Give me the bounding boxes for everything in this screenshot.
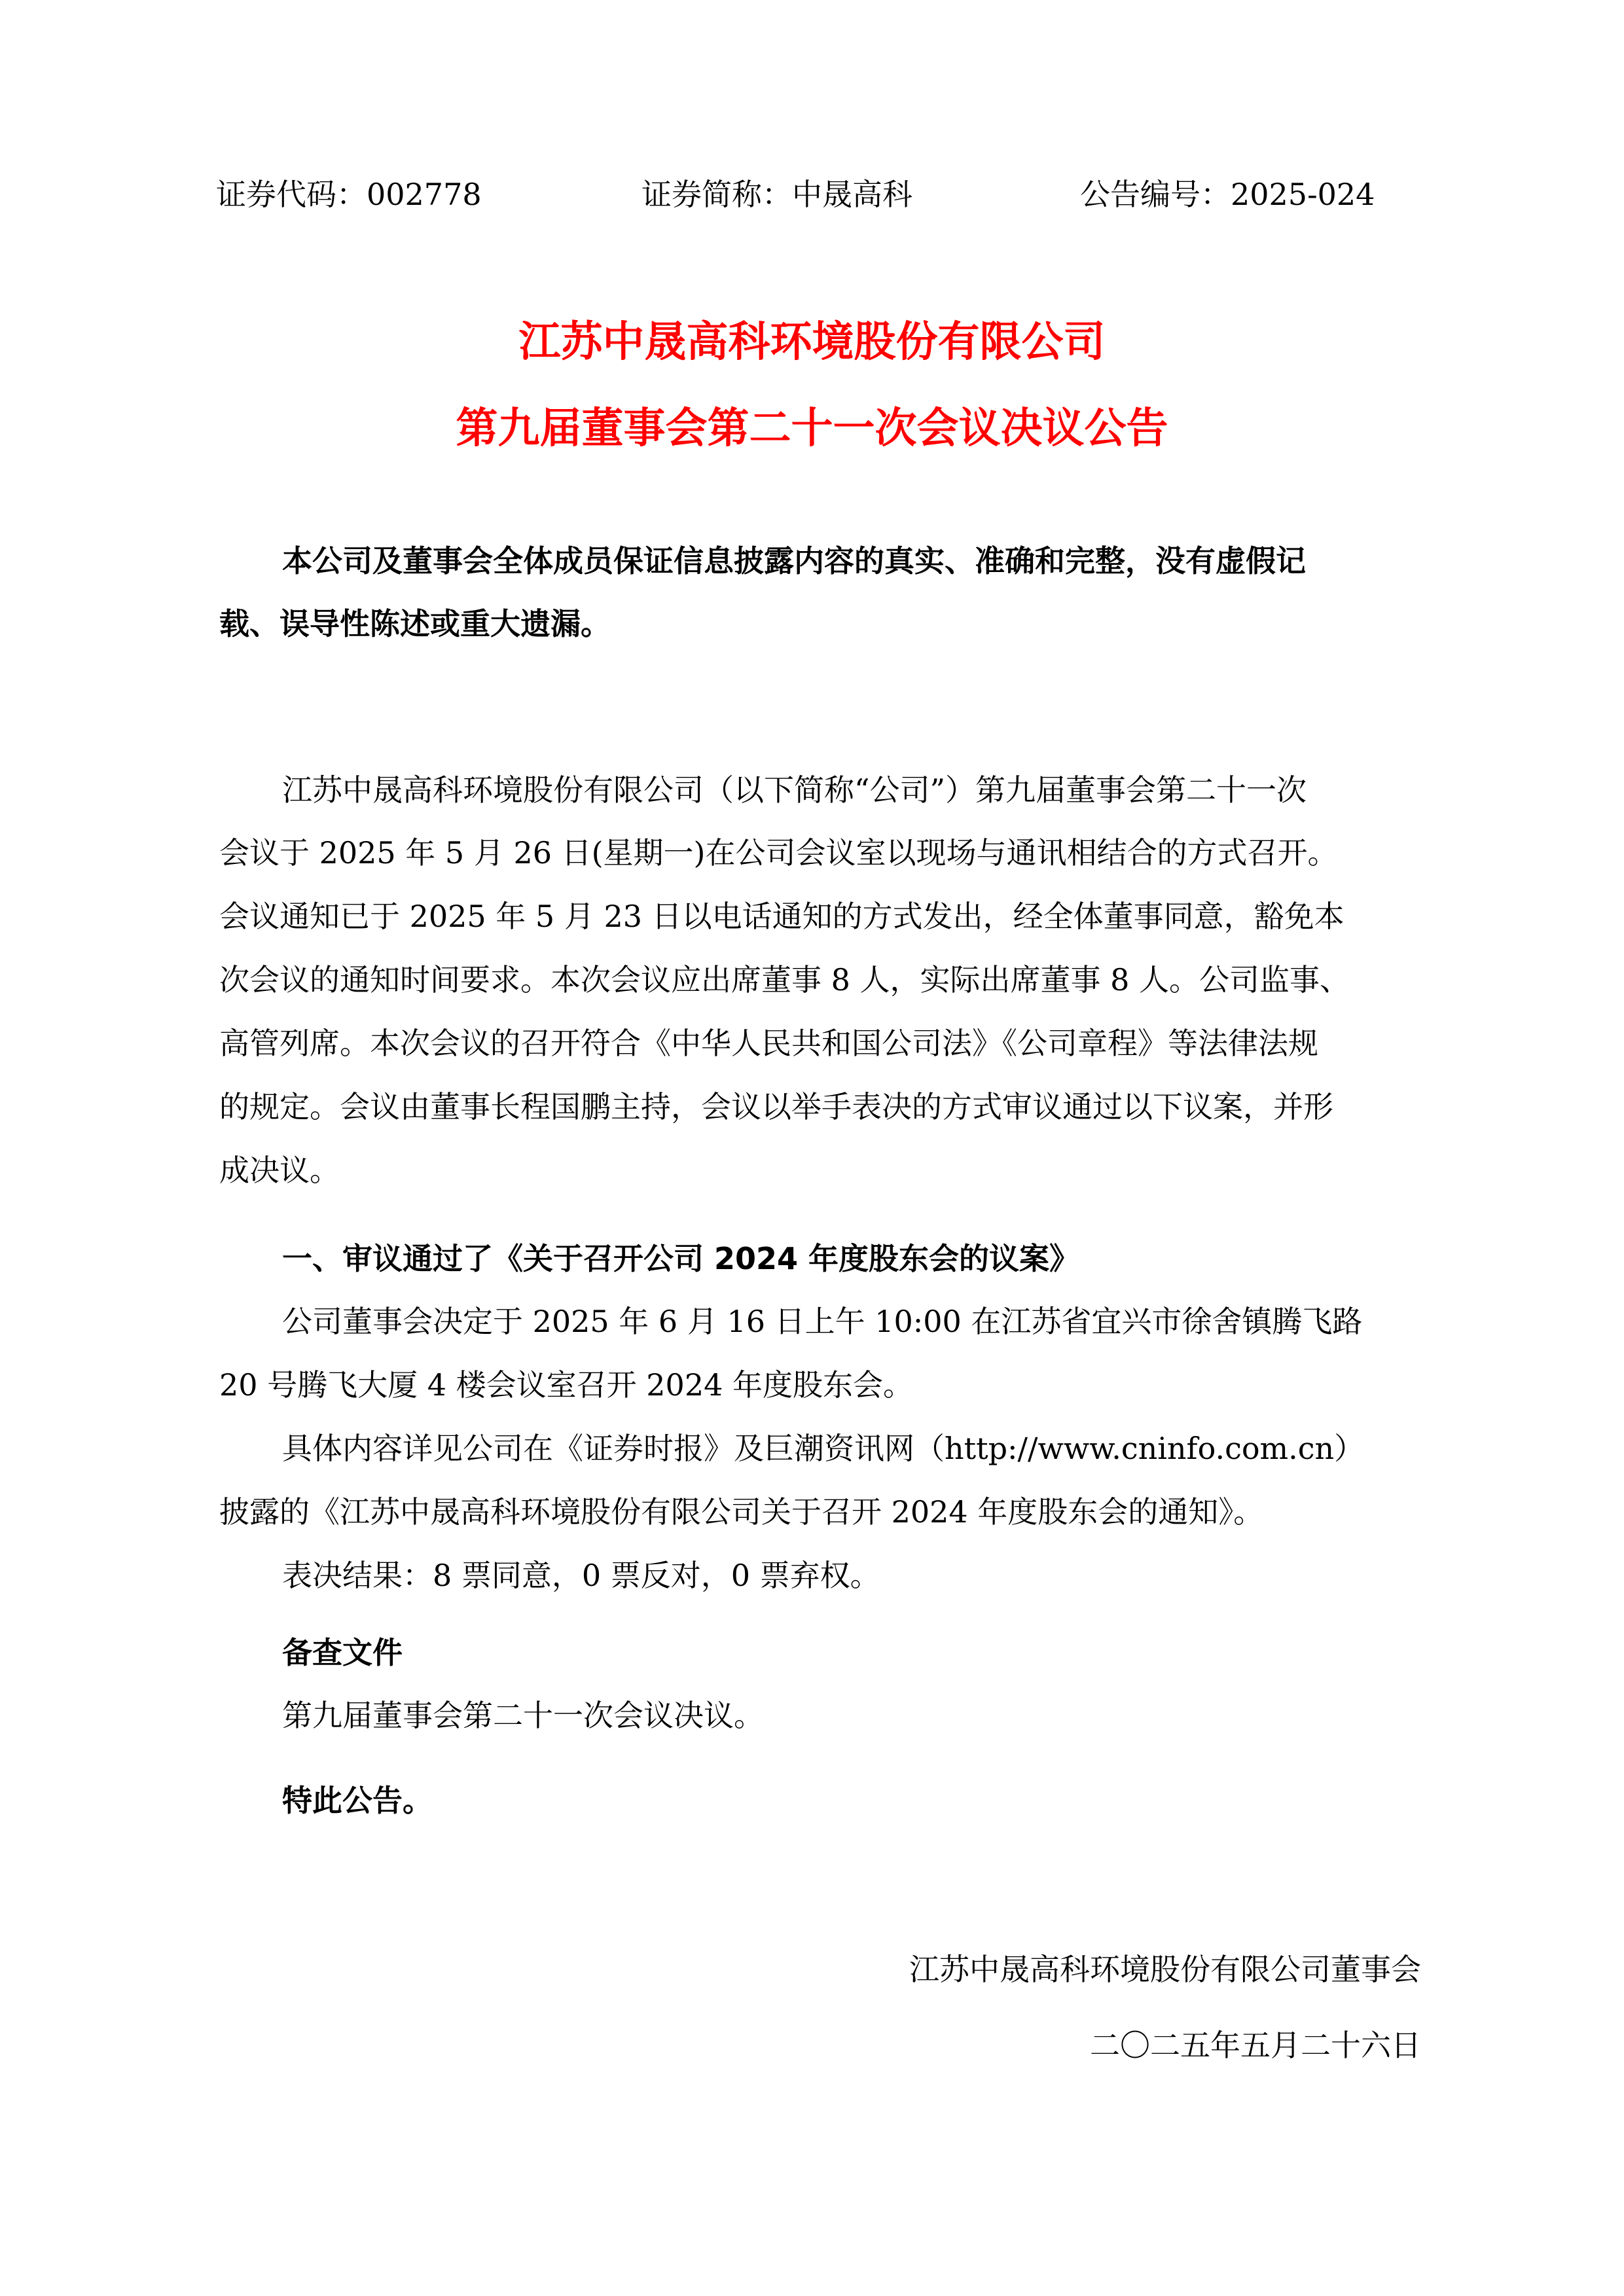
resolution-detail-line: 披露的《江苏中晟高科环境股份有限公司关于召开 2024 年度股东会的通知》。 bbox=[219, 1489, 1263, 1535]
signature-date: 二〇二五年五月二十六日 bbox=[1090, 2022, 1421, 2068]
security-short-name: 证券简称：中晟高科 bbox=[641, 171, 912, 217]
intro-line: 江苏中晟高科环境股份有限公司（以下简称“公司”）第九届董事会第二十一次 bbox=[282, 767, 1307, 813]
signature-issuer: 江苏中晟高科环境股份有限公司董事会 bbox=[909, 1946, 1421, 1992]
intro-line: 会议于 2025 年 5 月 26 日(星期一)在公司会议室以现场与通讯相结合的… bbox=[219, 830, 1338, 876]
reference-heading: 备查文件 bbox=[282, 1630, 403, 1676]
company-title: 江苏中晟高科环境股份有限公司 bbox=[0, 313, 1624, 372]
statement-line-1: 本公司及董事会全体成员保证信息披露内容的真实、准确和完整，没有虚假记 bbox=[282, 538, 1306, 584]
statement-line-2: 载、误导性陈述或重大遗漏。 bbox=[219, 601, 611, 647]
announcement-title: 第九届董事会第二十一次会议决议公告 bbox=[0, 399, 1624, 458]
intro-line: 会议通知已于 2025 年 5 月 23 日以电话通知的方式发出，经全体董事同意… bbox=[219, 893, 1344, 939]
announcement-header: 证券代码：002778 证券简称：中晟高科 公告编号：2025-024 bbox=[216, 171, 1420, 217]
reference-item: 第九届董事会第二十一次会议决议。 bbox=[282, 1693, 764, 1738]
vote-result: 表决结果：8 票同意，0 票反对，0 票弃权。 bbox=[282, 1552, 880, 1598]
announcement-number: 公告编号：2025-024 bbox=[1080, 171, 1375, 217]
resolution-body-line: 公司董事会决定于 2025 年 6 月 16 日上午 10:00 在江苏省宜兴市… bbox=[282, 1299, 1362, 1344]
security-code: 证券代码：002778 bbox=[216, 171, 482, 217]
resolution-heading: 一、审议通过了《关于召开公司 2024 年度股东会的议案》 bbox=[282, 1236, 1079, 1282]
resolution-body-line: 20 号腾飞大厦 4 楼会议室召开 2024 年度股东会。 bbox=[219, 1362, 913, 1408]
intro-line: 次会议的通知时间要求。本次会议应出席董事 8 人，实际出席董事 8 人。公司监事… bbox=[219, 957, 1350, 1003]
resolution-detail-line: 具体内容详见公司在《证券时报》及巨潮资讯网（http://www.cninfo.… bbox=[282, 1426, 1364, 1471]
intro-line: 高管列席。本次会议的召开符合《中华人民共和国公司法》《公司章程》等法律法规 bbox=[219, 1020, 1318, 1066]
closing-text: 特此公告。 bbox=[282, 1778, 433, 1823]
intro-line: 的规定。会议由董事长程国鹏主持，会议以举手表决的方式审议通过以下议案，并形 bbox=[219, 1084, 1333, 1130]
intro-line: 成决议。 bbox=[219, 1147, 340, 1193]
